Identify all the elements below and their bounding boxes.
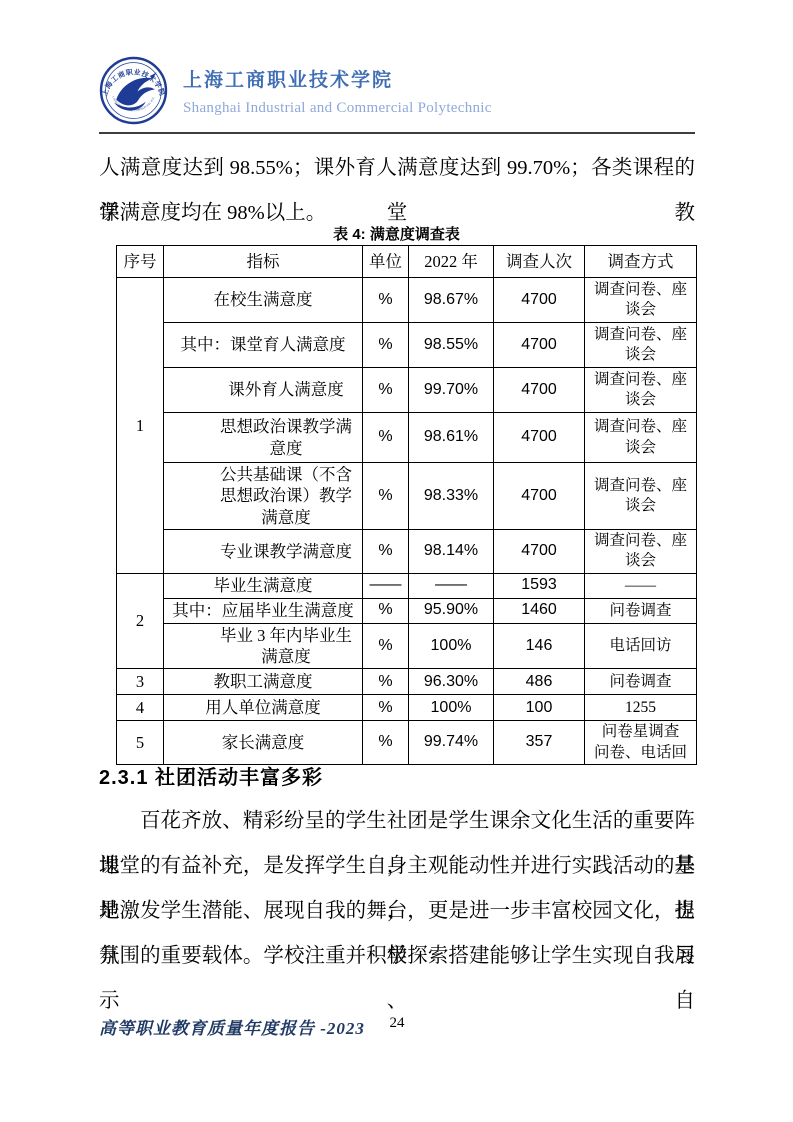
cell-2022: 98.14%	[409, 530, 494, 573]
cell-2022: 99.74%	[409, 721, 494, 764]
header-cell-count: 调查人次	[494, 246, 585, 278]
table-row: 4 用人单位满意度 % 100% 100 1255	[117, 695, 697, 721]
page-footer: 高等职业教育质量年度报告 -2023 24	[99, 1012, 695, 1042]
table-row: 毕业 3 年内毕业生满意度 % 100% 146 电话回访	[117, 623, 697, 669]
page-header: 上海工商职业技术学院 SHANGHAI INDUSTRIAL AND COMME…	[99, 56, 492, 125]
table-row: 5 家长满意度 % 99.74% 357 问卷星调查 问卷、电话回	[117, 721, 697, 764]
cell-unit: %	[363, 323, 409, 368]
cell-count: 357	[494, 721, 585, 764]
cell-method: 调查问卷、座 谈会	[585, 278, 697, 323]
cell-method: 调查问卷、座 谈会	[585, 463, 697, 530]
cell-no: 3	[117, 669, 164, 695]
cell-no: 5	[117, 721, 164, 764]
cell-2022: 96.30%	[409, 669, 494, 695]
cell-unit: ——	[363, 573, 409, 598]
cell-method: ——	[585, 573, 697, 598]
school-name-en: Shanghai Industrial and Commercial Polyt…	[183, 100, 492, 117]
cell-method: 调查问卷、座 谈会	[585, 323, 697, 368]
satisfaction-table-wrap: 序号 指标 单位 2022 年 调查人次 调查方式 1 在校生满意度 % 98.…	[116, 245, 696, 765]
cell-unit: %	[363, 623, 409, 669]
cell-unit: %	[363, 278, 409, 323]
table-header-row: 序号 指标 单位 2022 年 调查人次 调查方式	[117, 246, 697, 278]
cell-unit: %	[363, 598, 409, 623]
cell-indicator: 专业课教学满意度	[164, 530, 363, 573]
cell-count: 4700	[494, 530, 585, 573]
cell-indicator: 用人单位满意度	[164, 695, 363, 721]
cell-indicator: 课外育人满意度	[164, 368, 363, 413]
table-row: 1 在校生满意度 % 98.67% 4700 调查问卷、座 谈会	[117, 278, 697, 323]
cell-2022: ——	[409, 573, 494, 598]
table-row: 3 教职工满意度 % 96.30% 486 问卷调查	[117, 669, 697, 695]
cell-method: 调查问卷、座 谈会	[585, 413, 697, 463]
table-row: 2 毕业生满意度 —— —— 1593 ——	[117, 573, 697, 598]
cell-unit: %	[363, 463, 409, 530]
cell-2022: 98.67%	[409, 278, 494, 323]
cell-indicator: 在校生满意度	[164, 278, 363, 323]
school-name-zh: 上海工商职业技术学院	[183, 65, 492, 92]
cell-count: 4700	[494, 368, 585, 413]
document-page: 上海工商职业技术学院 SHANGHAI INDUSTRIAL AND COMME…	[0, 0, 793, 1122]
cell-count: 4700	[494, 323, 585, 368]
cell-method: 调查问卷、座 谈会	[585, 530, 697, 573]
cell-2022: 98.61%	[409, 413, 494, 463]
table-row: 课外育人满意度 % 99.70% 4700 调查问卷、座 谈会	[117, 368, 697, 413]
cell-unit: %	[363, 368, 409, 413]
table-row: 其中：课堂育人满意度 % 98.55% 4700 调查问卷、座 谈会	[117, 323, 697, 368]
cell-2022: 95.90%	[409, 598, 494, 623]
cell-count: 1460	[494, 598, 585, 623]
cell-2022: 98.33%	[409, 463, 494, 530]
header-cell-indicator: 指标	[164, 246, 363, 278]
header-cell-method: 调查方式	[585, 246, 697, 278]
table-row: 思想政治课教学满意度 % 98.61% 4700 调查问卷、座 谈会	[117, 413, 697, 463]
cell-indicator: 思想政治课教学满意度	[164, 413, 363, 463]
cell-no: 1	[117, 278, 164, 574]
cell-indicator: 毕业 3 年内毕业生满意度	[164, 623, 363, 669]
paragraph-line: 百花齐放、精彩纷呈的学生社团是学生课余文化生活的重要阵地，是	[99, 799, 695, 844]
cell-indicator: 其中：应届毕业生满意度	[164, 598, 363, 623]
cell-method: 问卷星调查 问卷、电话回	[585, 721, 697, 764]
satisfaction-table: 序号 指标 单位 2022 年 调查人次 调查方式 1 在校生满意度 % 98.…	[116, 245, 697, 765]
table-row: 公共基础课（不含思想政治课）教学满意度 % 98.33% 4700 调查问卷、座…	[117, 463, 697, 530]
school-title-block: 上海工商职业技术学院 Shanghai Industrial and Comme…	[183, 65, 492, 117]
cell-2022: 98.55%	[409, 323, 494, 368]
cell-2022: 99.70%	[409, 368, 494, 413]
cell-count: 4700	[494, 278, 585, 323]
section-heading: 2.3.1 社团活动丰富多彩	[99, 761, 323, 790]
cell-count: 146	[494, 623, 585, 669]
cell-unit: %	[363, 669, 409, 695]
cell-count: 486	[494, 669, 585, 695]
header-cell-unit: 单位	[363, 246, 409, 278]
cell-count: 4700	[494, 463, 585, 530]
paragraph-line: 人满意度达到 98.55%；课外育人满意度达到 99.70%；各类课程的课堂教	[99, 146, 695, 191]
paragraph-line: 是激发学生潜能、展现自我的舞台，更是进一步丰富校园文化，提升学习	[99, 889, 695, 934]
table-row: 其中：应届毕业生满意度 % 95.90% 1460 问卷调查	[117, 598, 697, 623]
cell-method: 问卷调查	[585, 598, 697, 623]
cell-no: 2	[117, 573, 164, 669]
cell-indicator: 家长满意度	[164, 721, 363, 764]
table-caption: 表 4: 满意度调查表	[0, 223, 793, 244]
cell-unit: %	[363, 530, 409, 573]
header-cell-2022: 2022 年	[409, 246, 494, 278]
cell-no: 4	[117, 695, 164, 721]
cell-count: 1593	[494, 573, 585, 598]
table-row: 专业课教学满意度 % 98.14% 4700 调查问卷、座 谈会	[117, 530, 697, 573]
cell-2022: 100%	[409, 623, 494, 669]
paragraph-line: 氛围的重要载体。学校注重并积极探索搭建能够让学生实现自我展示、自	[99, 934, 695, 979]
cell-indicator: 公共基础课（不含思想政治课）教学满意度	[164, 463, 363, 530]
header-cell-no: 序号	[117, 246, 164, 278]
cell-method: 调查问卷、座 谈会	[585, 368, 697, 413]
cell-method: 1255	[585, 695, 697, 721]
cell-unit: %	[363, 695, 409, 721]
header-divider	[99, 132, 695, 134]
school-logo-icon: 上海工商职业技术学院 SHANGHAI INDUSTRIAL AND COMME…	[99, 56, 168, 125]
cell-unit: %	[363, 721, 409, 764]
cell-2022: 100%	[409, 695, 494, 721]
cell-unit: %	[363, 413, 409, 463]
paragraph-line: 课堂的有益补充，是发挥学生自身主观能动性并进行实践活动的基地，也	[99, 844, 695, 889]
cell-indicator: 其中：课堂育人满意度	[164, 323, 363, 368]
cell-indicator: 教职工满意度	[164, 669, 363, 695]
footer-report-title: 高等职业教育质量年度报告 -2023	[99, 1014, 365, 1039]
cell-method: 电话回访	[585, 623, 697, 669]
paragraph-clubs: 百花齐放、精彩纷呈的学生社团是学生课余文化生活的重要阵地，是 课堂的有益补充，是…	[99, 799, 695, 979]
page-number: 24	[390, 1015, 405, 1032]
cell-indicator: 毕业生满意度	[164, 573, 363, 598]
cell-count: 4700	[494, 413, 585, 463]
cell-method: 问卷调查	[585, 669, 697, 695]
cell-count: 100	[494, 695, 585, 721]
